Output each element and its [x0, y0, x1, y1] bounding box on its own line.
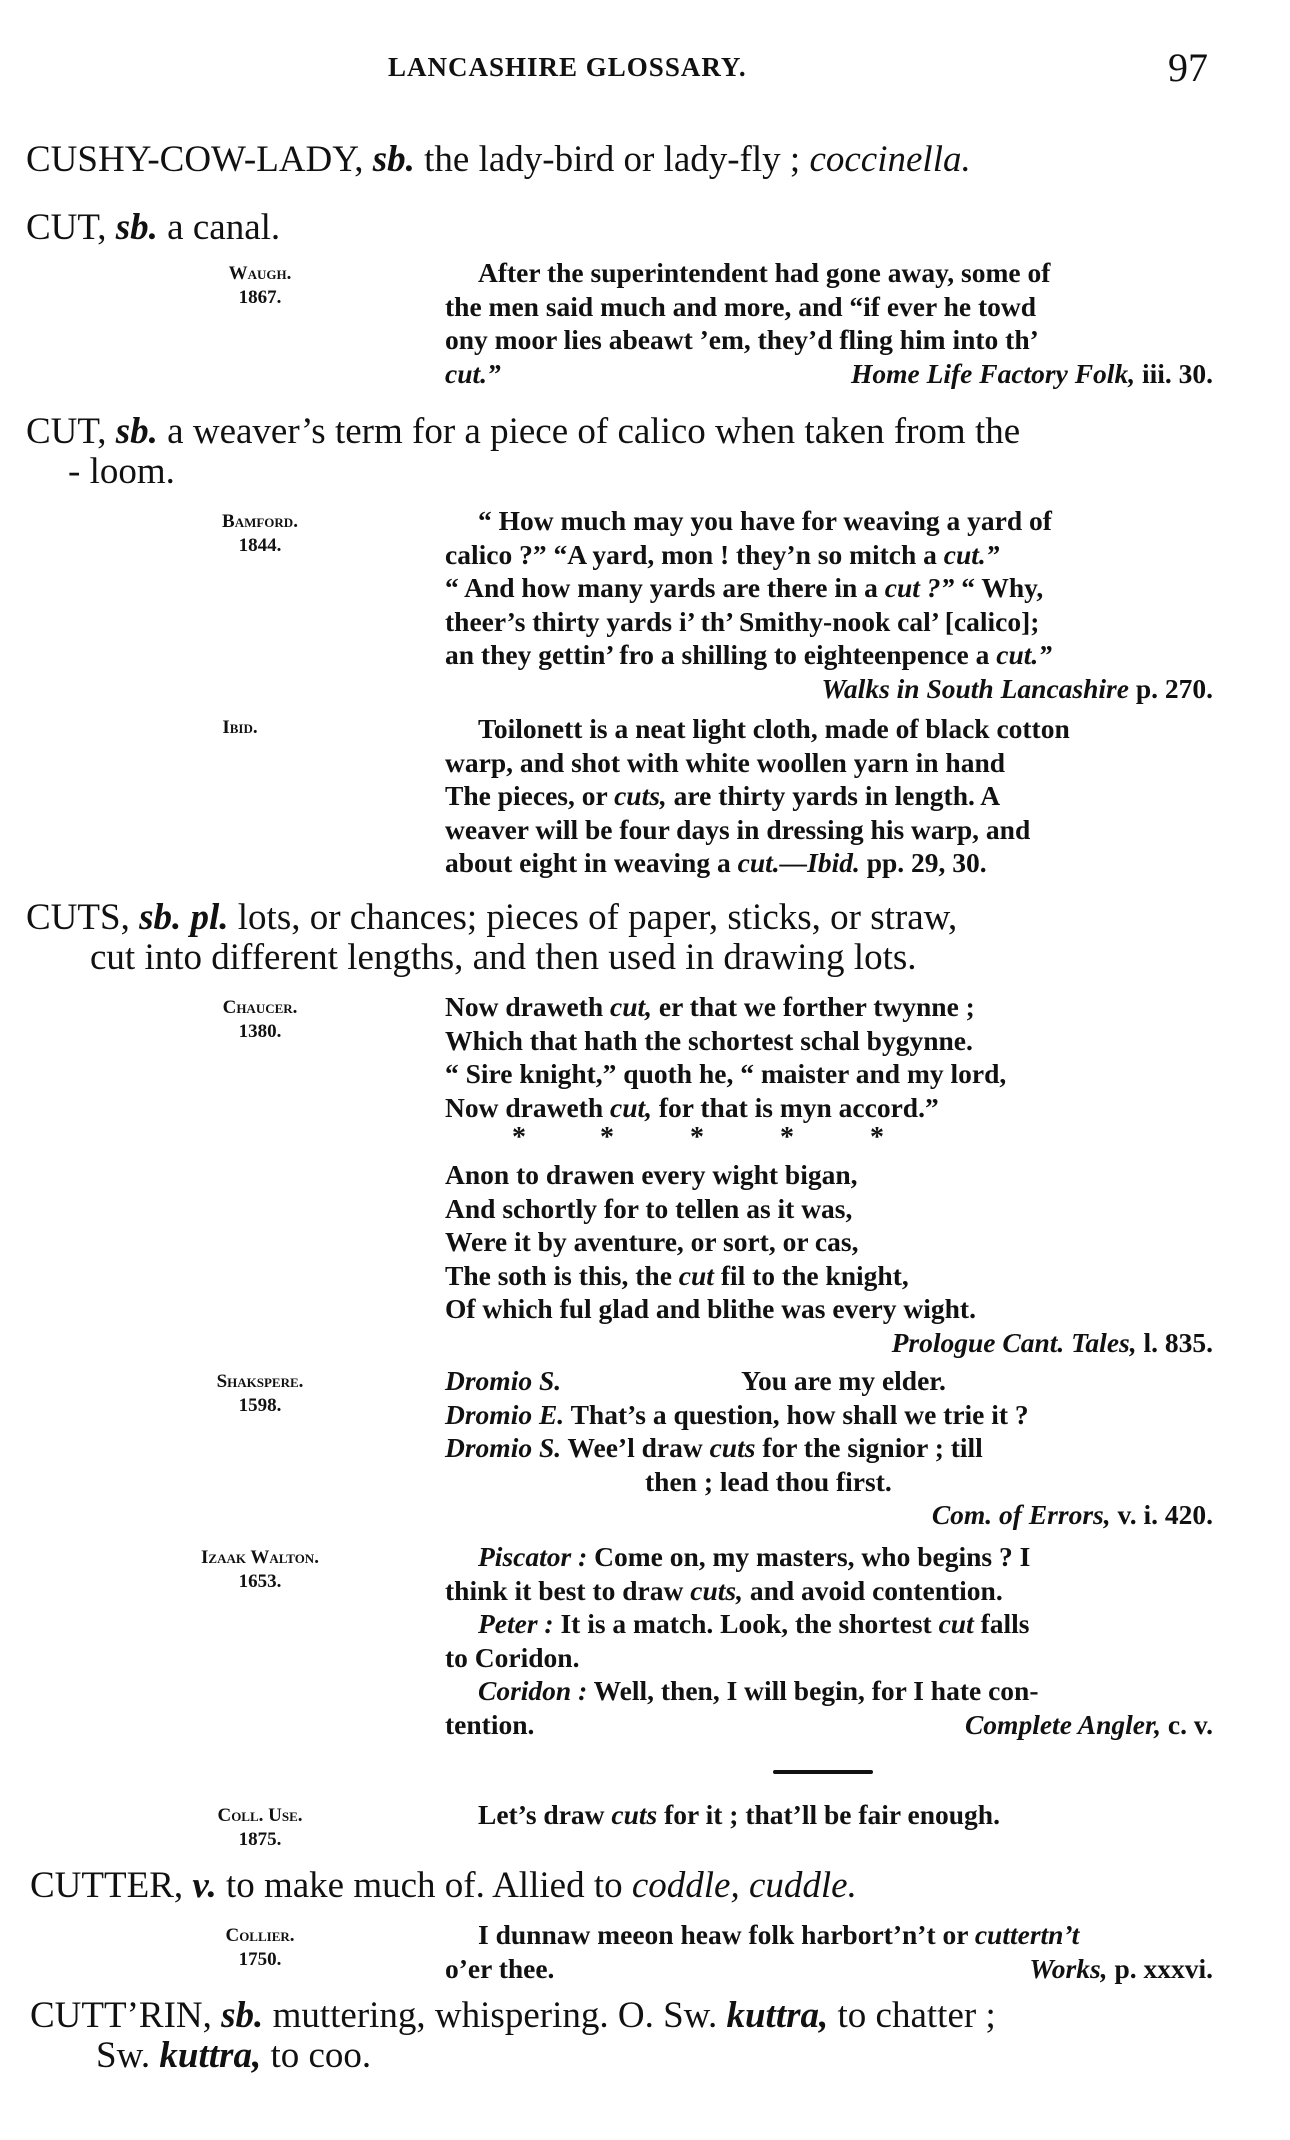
source-ref: p. xxxvi. — [1114, 1953, 1213, 1984]
verse-line: The soth is this, the cut fil to the kni… — [445, 1259, 1233, 1293]
text: o’er thee. — [445, 1953, 554, 1984]
entry-cut-canal: CUT, sb. a canal. — [26, 208, 1246, 248]
verse-line: Anon to drawen every wight bigan, — [445, 1158, 1233, 1192]
dialogue-line: tention.Complete Angler, c. v. — [445, 1708, 1233, 1742]
text: for the signior ; till — [755, 1432, 982, 1463]
quote-line: After the superintendent had gone away, … — [445, 256, 1233, 290]
verse-chaucer-1: Now draweth cut, er that we forther twyn… — [445, 990, 1233, 1124]
citation-year: 1875. — [140, 1828, 380, 1852]
quote-line: calico ?” “A yard, mon ! they’n so mitch… — [445, 538, 1233, 572]
italic-word: cut — [939, 1608, 974, 1639]
italic-word: cuttertn’t — [975, 1919, 1079, 1950]
italic-word: cuts, — [614, 780, 667, 811]
dialogue-line: Piscator : Come on, my masters, who begi… — [445, 1540, 1233, 1574]
author-name: Collier. — [225, 1925, 294, 1946]
author-name: Izaak Walton. — [201, 1547, 319, 1568]
text: The soth is this, the — [445, 1260, 679, 1291]
text: It is a match. Look, the shortest — [554, 1608, 939, 1639]
text: for that is myn accord.” — [652, 1092, 939, 1123]
quote-line: Toilonett is a neat light cloth, made of… — [445, 712, 1233, 746]
asterisk: * — [690, 1122, 704, 1154]
quote-line: “ How much may you have for weaving a ya… — [445, 504, 1233, 538]
running-head: LANCASHIRE GLOSSARY. — [388, 52, 747, 83]
definition: a weaver’s term for a piece of calico wh… — [167, 411, 1020, 452]
headword: CUTTER, — [30, 1865, 183, 1906]
entry-cut-weaver: CUT, sb. a weaver’s term for a piece of … — [26, 412, 1246, 492]
source-title: Walks in South Lancashire — [822, 673, 1129, 704]
definition: a canal. — [167, 207, 280, 248]
quote-line: “ And how many yards are there in a cut … — [445, 571, 1233, 605]
part-of-speech: sb. — [373, 139, 415, 180]
citation-author-coll-use: Coll. Use. 1875. — [140, 1804, 380, 1852]
author-name: Waugh. — [229, 263, 292, 284]
citation-year: 1867. — [140, 286, 380, 310]
text: Let’s draw — [478, 1799, 611, 1830]
citation-author-ibid: Ibid. — [180, 716, 300, 740]
source-reference: Home Life Factory Folk, iii. 30. — [851, 357, 1233, 391]
headword: CUSHY-COW-LADY, — [26, 139, 363, 180]
asterisk: * — [512, 1122, 526, 1154]
section-divider-rule — [773, 1770, 873, 1774]
author-name: Coll. Use. — [217, 1805, 302, 1826]
dialogue-line: Dromio S. Wee’l draw cuts for the signio… — [445, 1431, 1233, 1465]
citation-author-bamford: Bamford. 1844. — [140, 510, 380, 558]
text: Wee’l draw — [568, 1432, 710, 1463]
italic-word: cuts — [710, 1432, 756, 1463]
italic-word: cut.” — [445, 358, 501, 389]
italic-word: cut — [679, 1260, 714, 1291]
source-ref: iii. 30. — [1142, 358, 1213, 389]
citation-author-chaucer: Chaucer. 1380. — [140, 996, 380, 1044]
verse-line: And schortly for to tellen as it was, — [445, 1192, 1233, 1226]
definition-continued: - loom. — [26, 452, 1246, 492]
speaker: Dromio S. — [445, 1432, 561, 1463]
text: fil to the knight, — [714, 1260, 909, 1291]
quote-line: The pieces, or cuts, are thirty yards in… — [445, 779, 1233, 813]
asterisk: * — [870, 1122, 884, 1154]
definition: lots, or chances; pieces of paper, stick… — [238, 897, 957, 938]
page-number: 97 — [1168, 44, 1208, 91]
part-of-speech: sb. pl. — [139, 897, 228, 938]
text: “ And how many yards are there in a — [445, 572, 885, 603]
dialogue-line: then ; lead thou first. — [445, 1465, 1233, 1499]
entry-cushy-cow-lady: CUSHY-COW-LADY, sb. the lady-bird or lad… — [26, 140, 1246, 180]
author-name: Shakspere. — [217, 1371, 304, 1392]
headword: CUTT’RIN, — [30, 1995, 212, 2036]
text: calico ?” “A yard, mon ! they’n so mitch… — [445, 539, 944, 570]
definition-continued: cut into different lengths, and then use… — [26, 938, 1246, 978]
quote-line: Let’s draw cuts for it ; that’ll be fair… — [445, 1798, 1233, 1832]
source-title: Works, — [1029, 1953, 1107, 1984]
source-ref: p. 270. — [1136, 673, 1213, 704]
dialogue-line: Dromio E. That’s a question, how shall w… — [445, 1398, 1233, 1432]
quote-line: theer’s thirty yards i’ th’ Smithy-nook … — [445, 605, 1233, 639]
quote-line: cut.” Home Life Factory Folk, iii. 30. — [445, 357, 1233, 391]
entry-cutter: CUTTER, v. to make much of. Allied to co… — [30, 1866, 1250, 1906]
definition-continued: Sw. kuttra, to coo. — [30, 2036, 1250, 2076]
quotation-coll-use: Let’s draw cuts for it ; that’ll be fair… — [445, 1798, 1233, 1832]
text: to coo. — [261, 2035, 371, 2076]
quotation-shakspere: Dromio S.You are my elder. Dromio E. Tha… — [445, 1364, 1233, 1532]
quote-line: I dunnaw meeon heaw folk harbort’n’t or … — [445, 1918, 1233, 1952]
related-words: coddle, cuddle. — [632, 1865, 857, 1906]
source-ref: c. v. — [1168, 1709, 1213, 1740]
speaker: Peter : — [478, 1608, 554, 1639]
source-ref: v. i. 420. — [1118, 1499, 1214, 1530]
verse-line: Now draweth cut, for that is myn accord.… — [445, 1091, 1233, 1125]
speaker: Piscator : — [478, 1541, 587, 1572]
source-title: Complete Angler, — [965, 1709, 1161, 1740]
part-of-speech: sb. — [116, 411, 158, 452]
definition-cont-text: loom. — [90, 451, 175, 492]
citation-author-waugh: Waugh. 1867. — [140, 262, 380, 310]
verse-line: Were it by aventure, or sort, or cas, — [445, 1225, 1233, 1259]
citation-year: 1598. — [140, 1394, 380, 1418]
text: Come on, my masters, who begins ? I — [587, 1541, 1030, 1572]
quotation-ibid: Toilonett is a neat light cloth, made of… — [445, 712, 1233, 880]
verse-line: Which that hath the schortest schal bygy… — [445, 1024, 1233, 1058]
dialogue-line: to Coridon. — [445, 1641, 1233, 1675]
quotation-collier: I dunnaw meeon heaw folk harbort’n’t or … — [445, 1918, 1233, 1985]
quotation-waugh: After the superintendent had gone away, … — [445, 256, 1233, 390]
quote-line: warp, and shot with white woollen yarn i… — [445, 746, 1233, 780]
entry-cuts: CUTS, sb. pl. lots, or chances; pieces o… — [26, 898, 1246, 978]
text: for it ; that’ll be fair enough. — [657, 1799, 1000, 1830]
source-ref: pp. 29, 30. — [867, 847, 987, 878]
citation-author-collier: Collier. 1750. — [140, 1924, 380, 1972]
italic-word: cut ?” — [885, 572, 955, 603]
italic-word: cuts, — [690, 1575, 743, 1606]
quote-line: about eight in weaving a cut.—Ibid. pp. … — [445, 846, 1233, 880]
quotation-walton: Piscator : Come on, my masters, who begi… — [445, 1540, 1233, 1741]
source-reference: Walks in South Lancashire p. 270. — [445, 672, 1233, 706]
source-reference: Works, p. xxxvi. — [1029, 1952, 1233, 1986]
citation-year: 1380. — [140, 1020, 380, 1044]
italic-word: cut.—Ibid. — [738, 847, 860, 878]
headword: CUT, — [26, 207, 107, 248]
source-ref: l. 835. — [1143, 1327, 1213, 1358]
text: Sw. — [96, 2035, 159, 2076]
text: falls — [974, 1608, 1030, 1639]
text: Now draweth — [445, 1092, 610, 1123]
quote-line: ony moor lies abeawt ’em, they’d fling h… — [445, 323, 1233, 357]
definition: muttering, whispering. O. Sw. — [273, 1995, 727, 2036]
text: about eight in weaving a — [445, 847, 738, 878]
dialogue-line: think it best to draw cuts, and avoid co… — [445, 1574, 1233, 1608]
speaker: Dromio S. — [445, 1365, 561, 1396]
quote-line: weaver will be four days in dressing his… — [445, 813, 1233, 847]
text: think it best to draw — [445, 1575, 690, 1606]
text: “ Why, — [954, 572, 1043, 603]
text: tention. — [445, 1709, 534, 1740]
source-reference: Prologue Cant. Tales, l. 835. — [445, 1326, 1233, 1360]
citation-author-shakspere: Shakspere. 1598. — [140, 1370, 380, 1418]
asterisk: * — [780, 1122, 794, 1154]
quote-line: o’er thee.Works, p. xxxvi. — [445, 1952, 1233, 1986]
quotation-bamford: “ How much may you have for weaving a ya… — [445, 504, 1233, 705]
asterisk: * — [600, 1122, 614, 1154]
text: Now draweth — [445, 991, 610, 1022]
etymon: kuttra, — [726, 1995, 828, 2036]
definition: the lady-bird or lady-fly ; — [424, 139, 800, 180]
source-reference: Complete Angler, c. v. — [965, 1708, 1233, 1742]
text: are thirty yards in length. A — [667, 780, 1000, 811]
author-name: Ibid. — [222, 717, 257, 738]
author-name: Chaucer. — [223, 997, 298, 1018]
text: I dunnaw meeon heaw folk harbort’n’t or — [478, 1919, 975, 1950]
text: You are my elder. — [561, 1365, 946, 1396]
text: Well, then, I will begin, for I hate con… — [587, 1675, 1038, 1706]
quote-line: an they gettin’ fro a shilling to eighte… — [445, 638, 1233, 672]
dialogue-line: Coridon : Well, then, I will begin, for … — [445, 1674, 1233, 1708]
italic-word: cut, — [610, 1092, 652, 1123]
part-of-speech: sb. — [116, 207, 158, 248]
source-title: Home Life Factory Folk, — [851, 358, 1135, 389]
verse-line: “ Sire knight,” quoth he, “ maister and … — [445, 1057, 1233, 1091]
part-of-speech: v. — [192, 1865, 216, 1906]
latin-name: coccinella. — [809, 139, 970, 180]
author-name: Bamford. — [222, 511, 298, 532]
verse-line: Of which ful glad and blithe was every w… — [445, 1292, 1233, 1326]
source-title: Prologue Cant. Tales, — [892, 1327, 1137, 1358]
speaker: Coridon : — [478, 1675, 587, 1706]
italic-word: cuts — [611, 1799, 657, 1830]
gloss: to chatter ; — [828, 1995, 995, 2036]
text: an they gettin’ fro a shilling to eighte… — [445, 639, 996, 670]
citation-year: 1844. — [140, 534, 380, 558]
entry-cuttrin: CUTT’RIN, sb. muttering, whispering. O. … — [30, 1996, 1250, 2076]
italic-word: cut.” — [996, 639, 1052, 670]
part-of-speech: sb. — [221, 1995, 263, 2036]
verse-chaucer-2: Anon to drawen every wight bigan, And sc… — [445, 1158, 1233, 1359]
text: The pieces, or — [445, 780, 614, 811]
italic-word: cut.” — [944, 539, 1000, 570]
text: er that we forther twynne ; — [652, 991, 975, 1022]
headword: CUTS, — [26, 897, 130, 938]
dialogue-line: Dromio S.You are my elder. — [445, 1364, 1233, 1398]
speaker: Dromio E. — [445, 1399, 564, 1430]
quote-line: the men said much and more, and “if ever… — [445, 290, 1233, 324]
verse-line: Now draweth cut, er that we forther twyn… — [445, 990, 1233, 1024]
citation-year: 1750. — [140, 1948, 380, 1972]
headword: CUT, — [26, 411, 107, 452]
definition: to make much of. Allied to — [226, 1865, 632, 1906]
italic-word: cut, — [610, 991, 652, 1022]
citation-year: 1653. — [110, 1570, 410, 1594]
citation-author-walton: Izaak Walton. 1653. — [110, 1546, 410, 1594]
etymon: kuttra, — [159, 2035, 261, 2076]
text: and avoid contention. — [743, 1575, 1003, 1606]
text: That’s a question, how shall we trie it … — [571, 1399, 1029, 1430]
dialogue-line: Peter : It is a match. Look, the shortes… — [445, 1607, 1233, 1641]
source-title: Com. of Errors, — [932, 1499, 1111, 1530]
source-reference: Com. of Errors, v. i. 420. — [445, 1498, 1233, 1532]
